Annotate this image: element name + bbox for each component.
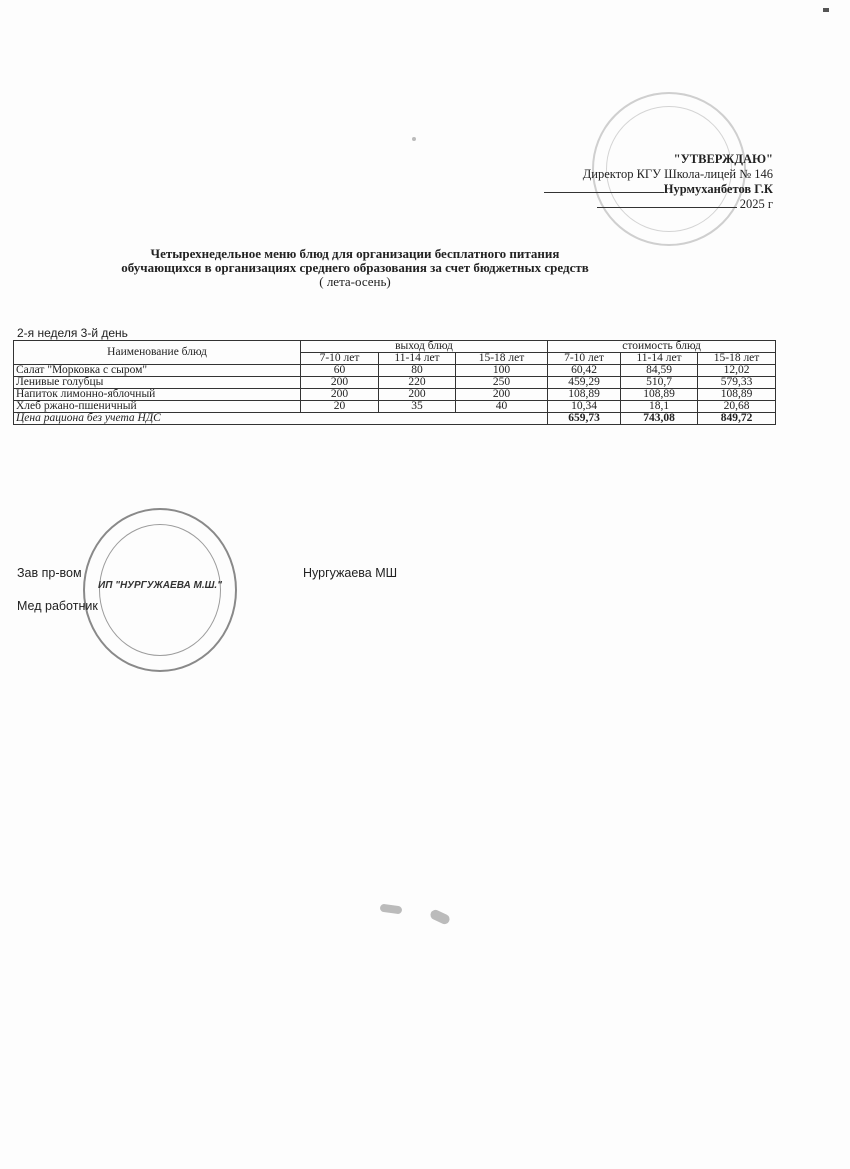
total-cost: 849,72: [698, 413, 776, 425]
header-age: 15-18 лет: [456, 353, 548, 365]
yield-cell: 20: [301, 401, 379, 413]
header-age: 11-14 лет: [379, 353, 456, 365]
title-season: ( лета-осень): [0, 275, 710, 289]
scan-speck: [412, 137, 416, 141]
table-row: Хлеб ржано-пшеничный 20 35 40 10,34 18,1…: [14, 401, 776, 413]
yield-cell: 100: [456, 365, 548, 377]
approval-position: Директор КГУ Школа-лицей № 146: [544, 167, 773, 182]
dish-name: Салат "Морковка с сыром": [14, 365, 301, 377]
cost-cell: 459,29: [548, 377, 621, 389]
cost-cell: 108,89: [698, 389, 776, 401]
table-row: Напиток лимонно-яблочный 200 200 200 108…: [14, 389, 776, 401]
dish-name: Ленивые голубцы: [14, 377, 301, 389]
header-age: 15-18 лет: [698, 353, 776, 365]
yield-cell: 35: [379, 401, 456, 413]
approval-heading: "УТВЕРЖДАЮ": [544, 152, 773, 167]
yield-cell: 40: [456, 401, 548, 413]
yield-cell: 200: [456, 389, 548, 401]
head-of-production-label: Зав пр-вом: [17, 566, 82, 580]
yield-cell: 200: [301, 389, 379, 401]
cost-cell: 84,59: [621, 365, 698, 377]
stamp-text: ИП "НУРГУЖАЕВА М.Ш.": [85, 580, 235, 591]
document-title: Четырехнедельное меню блюд для организац…: [0, 247, 710, 289]
cost-cell: 579,33: [698, 377, 776, 389]
total-label: Цена рациона без учета НДС: [14, 413, 548, 425]
header-dish-name: Наименование блюд: [14, 341, 301, 365]
scan-smudge: [429, 908, 451, 926]
header-age: 11-14 лет: [621, 353, 698, 365]
table-row: Салат "Морковка с сыром" 60 80 100 60,42…: [14, 365, 776, 377]
dish-name: Напиток лимонно-яблочный: [14, 389, 301, 401]
cost-cell: 12,02: [698, 365, 776, 377]
yield-cell: 200: [301, 377, 379, 389]
cost-cell: 108,89: [548, 389, 621, 401]
header-age: 7-10 лет: [301, 353, 379, 365]
cost-cell: 20,68: [698, 401, 776, 413]
header-cost: стоимость блюд: [548, 341, 776, 353]
approval-name: Нурмуханбетов Г.К: [664, 182, 773, 196]
yield-cell: 200: [379, 389, 456, 401]
yield-cell: 250: [456, 377, 548, 389]
header-age: 7-10 лет: [548, 353, 621, 365]
table-row: Ленивые голубцы 200 220 250 459,29 510,7…: [14, 377, 776, 389]
total-cost: 743,08: [621, 413, 698, 425]
yield-cell: 60: [301, 365, 379, 377]
total-cost: 659,73: [548, 413, 621, 425]
approval-date: 2025 г: [740, 197, 773, 211]
yield-cell: 220: [379, 377, 456, 389]
dish-name: Хлеб ржано-пшеничный: [14, 401, 301, 413]
cost-cell: 10,34: [548, 401, 621, 413]
menu-table: Наименование блюд выход блюд стоимость б…: [13, 340, 776, 425]
cost-cell: 18,1: [621, 401, 698, 413]
cost-cell: 108,89: [621, 389, 698, 401]
official-stamp-caterer: ИП "НУРГУЖАЕВА М.Ш.": [83, 508, 237, 672]
cost-cell: 60,42: [548, 365, 621, 377]
scan-mark: [823, 8, 829, 12]
yield-cell: 80: [379, 365, 456, 377]
title-line-1: Четырехнедельное меню блюд для организац…: [0, 247, 710, 261]
total-row: Цена рациона без учета НДС 659,73 743,08…: [14, 413, 776, 425]
cost-cell: 510,7: [621, 377, 698, 389]
week-day-label: 2-я неделя 3-й день: [17, 326, 128, 340]
scan-smudge: [380, 904, 403, 915]
header-yield: выход блюд: [301, 341, 548, 353]
head-of-production-name: Нургужаева МШ: [303, 566, 397, 580]
title-line-2: обучающихся в организациях среднего обра…: [0, 261, 710, 275]
medic-label: Мед работник: [17, 599, 98, 613]
approval-block: "УТВЕРЖДАЮ" Директор КГУ Школа-лицей № 1…: [544, 152, 773, 212]
